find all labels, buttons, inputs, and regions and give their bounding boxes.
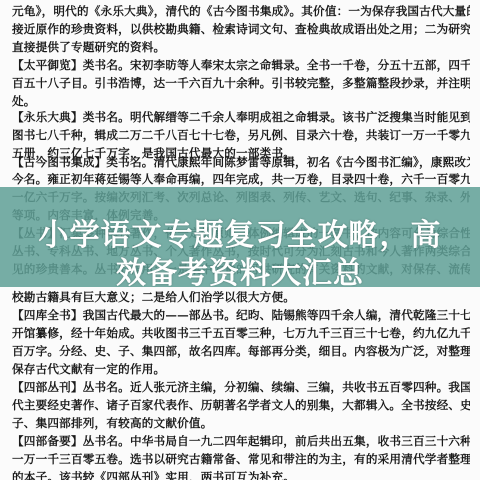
text-line: 校勘古籍具有巨大意义；二是给人们治学以很大方便。 <box>12 290 470 304</box>
text-line: 保存古代文献有一定的作用。 <box>12 362 470 376</box>
text-line: 开馆纂修，经十年始成。共收图书三千五百零三种，七万九千三百三十七卷，约九亿九千七 <box>12 326 470 340</box>
text-line: 直接提供了专题研究的资料。 <box>12 40 470 54</box>
text-line: 百万字。分经、史、子、集四部，故名四库。每部再分类，细目。内容极为广泛，对整理、 <box>12 344 470 358</box>
text-line: 今名。雍正初年蒋廷锡等人奉命再编，四年完成，共一万卷，目录四十卷，六千一百零九部… <box>12 172 470 186</box>
text-line: 【四库全书】我国古代最大的——部丛书。纪昀、陆锡熊等四千余人编，清代乾隆三十七年 <box>12 308 470 322</box>
banner-title-line-2: 效备考资料大汇总 <box>0 248 480 292</box>
text-line: 【永乐大典】类书名。明代解缙等二千余人奉明成祖之命辑录。该书广泛搜集当时能见到的 <box>12 110 470 124</box>
text-line: 【四部备要】丛书名。中华书局自一九二四年起辑印，前后共出五集，收书三百三十六种， <box>12 434 470 448</box>
text-line: 一万一千三百零五卷。选书以研究古籍常备、常见和带注的为主，有的采用清代学者整理过 <box>12 452 470 466</box>
text-line: 接近原作的珍贵资料，以供校勘典籍、检索诗词文句、查检典故成语出处之用；二为研究者 <box>12 22 470 36</box>
text-line: 子、集四部排列，有较高的文献价值。 <box>12 416 470 430</box>
text-line: 元龟》，明代的《永乐大典》，清代的《古今图书集成》。其价值：一为保存我国古代大量… <box>12 4 470 18</box>
text-line: 【太平御览】类书名。宋初李昉等人奉宋太宗之命辑录。全书一千卷，分五十五部，四千五 <box>12 58 470 72</box>
text-line: 【古今图书集成】类书名。清代康熙年间陈梦雷等原辑，初名《古今图书汇编》，康熙改为 <box>12 155 470 169</box>
text-line: 图书七八千种，辑成二万二千八百七十七卷，另凡例、目录六十卷，共装订一万一千零九十 <box>12 128 470 142</box>
text-line: 处。 <box>12 94 470 108</box>
text-line: 代主要经史著作、诸子百家代表作、历朝著名学者文人的别集，大都辑入。全书按经、史、 <box>12 398 470 412</box>
text-line: 【四部丛刊】丛书名。近人张元济主编，分初编、续编、三编，共收书五百零四种。我国古 <box>12 380 470 394</box>
text-line: 的本子。该书较《四部丛刊》实用，两书可互为补充。 <box>12 470 470 480</box>
text-line: 百五十八子目。引书浩博，达一千六百九十余种。引书较完整，多整篇整段抄录，并注明出 <box>12 76 470 90</box>
